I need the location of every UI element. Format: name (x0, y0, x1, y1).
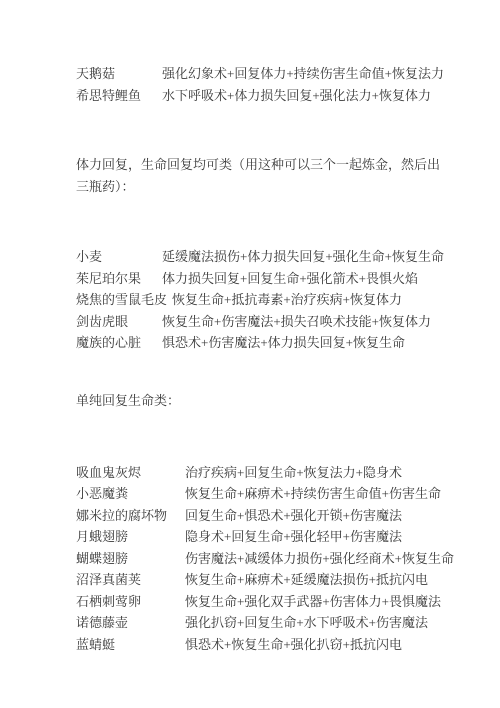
ingredient-effects: 强化扒窃+回复生命+水下呼吸术+伤害魔法 (185, 612, 428, 634)
ingredient-name: 剑齿虎眼 (76, 311, 162, 333)
ingredient-row: 烧焦的雪鼠毛皮 恢复生命+抵抗毒素+治疗疾病+恢复体力 (76, 289, 470, 311)
ingredient-row: 蓝蜻蜓 惧恐术+恢复生命+强化扒窃+抵抗闪电 (76, 634, 470, 656)
ingredient-effects: 治疗疾病+回复生命+恢复法力+隐身术 (185, 462, 402, 484)
ingredient-name: 烧焦的雪鼠毛皮 (76, 289, 172, 311)
ingredient-row: 月蛾翅膀 隐身术+回复生命+强化轻甲+伤害魔法 (76, 526, 470, 548)
ingredient-name: 蓝蜻蜓 (76, 634, 185, 656)
ingredient-name: 娜米拉的腐坏物 (76, 505, 185, 527)
ingredient-effects: 惧恐术+伤害魔法+体力损失回复+恢复生命 (162, 332, 405, 354)
ingredient-row: 娜米拉的腐坏物 回复生命+惧恐术+强化开锁+伤害魔法 (76, 505, 470, 527)
ingredient-effects: 惧恐术+恢复生命+强化扒窃+抵抗闪电 (185, 634, 402, 656)
ingredient-list-top: 天鹅菇 强化幻象术+回复体力+持续伤害生命值+恢复法力 希思特鲤鱼 水下呼吸术+… (76, 63, 470, 106)
ingredient-effects: 体力损失回复+回复生命+强化箭术+畏惧火焰 (162, 268, 418, 290)
ingredient-name: 月蛾翅膀 (76, 526, 185, 548)
ingredient-row: 剑齿虎眼 恢复生命+伤害魔法+损失召唤术技能+恢复体力 (76, 311, 470, 333)
ingredient-name: 吸血鬼灰烬 (76, 462, 185, 484)
ingredient-name: 希思特鲤鱼 (76, 85, 162, 107)
ingredient-effects: 恢复生命+麻痹术+延缓魔法损伤+抵抗闪电 (185, 569, 428, 591)
ingredient-name: 蝴蝶翅膀 (76, 548, 185, 570)
ingredient-row: 小恶魔粪 恢复生命+麻痹术+持续伤害生命值+伤害生命 (76, 483, 470, 505)
document-page: 天鹅菇 强化幻象术+回复体力+持续伤害生命值+恢复法力 希思特鲤鱼 水下呼吸术+… (0, 0, 500, 655)
ingredient-effects: 恢复生命+麻痹术+持续伤害生命值+伤害生命 (185, 483, 441, 505)
ingredient-name: 天鹅菇 (76, 63, 162, 85)
ingredient-row: 希思特鲤鱼 水下呼吸术+体力损失回复+强化法力+恢复体力 (76, 85, 470, 107)
ingredient-name: 小麦 (76, 246, 162, 268)
ingredient-row: 吸血鬼灰烬 治疗疾病+回复生命+恢复法力+隐身术 (76, 462, 470, 484)
ingredient-effects: 恢复生命+伤害魔法+损失召唤术技能+恢复体力 (162, 311, 431, 333)
ingredient-row: 小麦 延缓魔法损伤+体力损失回复+强化生命+恢复生命 (76, 246, 470, 268)
mixed-recovery-paragraph: 体力回复，生命回复均可类（用这种可以三个一起炼金，然后出三瓶药）： (76, 154, 440, 198)
ingredient-name: 魔族的心脏 (76, 332, 162, 354)
health-only-heading: 单纯回复生命类： (76, 390, 470, 412)
ingredient-name: 茱尼珀尔果 (76, 268, 162, 290)
ingredient-name: 诺德藤壶 (76, 612, 185, 634)
ingredient-effects: 延缓魔法损伤+体力损失回复+强化生命+恢复生命 (162, 246, 444, 268)
ingredient-row: 诺德藤壶 强化扒窃+回复生命+水下呼吸术+伤害魔法 (76, 612, 470, 634)
ingredient-row: 蝴蝶翅膀 伤害魔法+减缓体力损伤+强化经商术+恢复生命 (76, 548, 470, 570)
ingredient-row: 天鹅菇 强化幻象术+回复体力+持续伤害生命值+恢复法力 (76, 63, 470, 85)
ingredient-row: 茱尼珀尔果 体力损失回复+回复生命+强化箭术+畏惧火焰 (76, 268, 470, 290)
ingredient-list-health-only: 吸血鬼灰烬 治疗疾病+回复生命+恢复法力+隐身术 小恶魔粪 恢复生命+麻痹术+持… (76, 462, 470, 656)
ingredient-name: 沼泽真菌荚 (76, 569, 185, 591)
ingredient-row: 沼泽真菌荚 恢复生命+麻痹术+延缓魔法损伤+抵抗闪电 (76, 569, 470, 591)
ingredient-name: 小恶魔粪 (76, 483, 185, 505)
ingredient-list-mixed-recovery: 小麦 延缓魔法损伤+体力损失回复+强化生命+恢复生命 茱尼珀尔果 体力损失回复+… (76, 246, 470, 354)
ingredient-name: 石栖刺莺卵 (76, 591, 185, 613)
ingredient-effects: 伤害魔法+减缓体力损伤+强化经商术+恢复生命 (185, 548, 454, 570)
ingredient-effects: 回复生命+惧恐术+强化开锁+伤害魔法 (185, 505, 402, 527)
ingredient-effects: 强化幻象术+回复体力+持续伤害生命值+恢复法力 (162, 63, 444, 85)
ingredient-effects: 水下呼吸术+体力损失回复+强化法力+恢复体力 (162, 85, 431, 107)
ingredient-effects: 恢复生命+强化双手武器+伤害体力+畏惧魔法 (185, 591, 441, 613)
ingredient-row: 魔族的心脏 惧恐术+伤害魔法+体力损失回复+恢复生命 (76, 332, 470, 354)
ingredient-effects: 恢复生命+抵抗毒素+治疗疾病+恢复体力 (172, 289, 402, 311)
ingredient-effects: 隐身术+回复生命+强化轻甲+伤害魔法 (185, 526, 402, 548)
ingredient-row: 石栖刺莺卵 恢复生命+强化双手武器+伤害体力+畏惧魔法 (76, 591, 470, 613)
